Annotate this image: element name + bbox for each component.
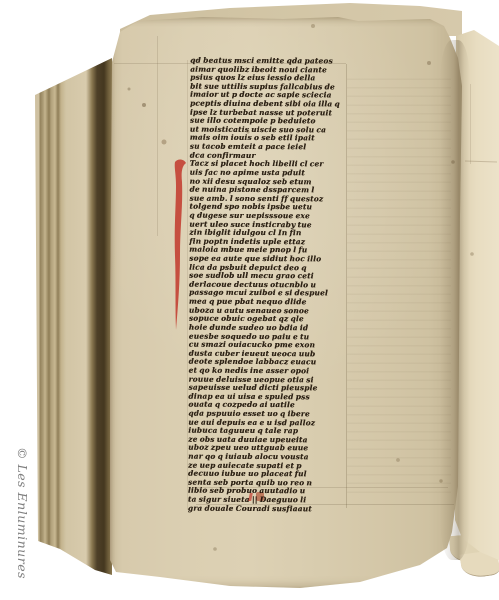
fore-edge-stack [34,56,112,576]
rubric-initial-highlight [256,492,264,501]
copyright-watermark: © Les Enluminures [30,444,162,463]
ruling-line [470,84,471,164]
rubric-flourish [172,158,188,334]
script-line: gra douale Couradi susfiaaut [188,504,340,513]
manuscript-photo: qd beatus msci emitte qda pateosaimar qu… [0,0,499,600]
foxing-specks [0,0,2,2]
text-block: qd beatus msci emitte qda pateosaimar qu… [188,57,342,516]
ruling-line [157,36,158,236]
verso-text-showthrough [347,74,451,494]
copyright-text: © Les Enluminures [15,447,30,579]
